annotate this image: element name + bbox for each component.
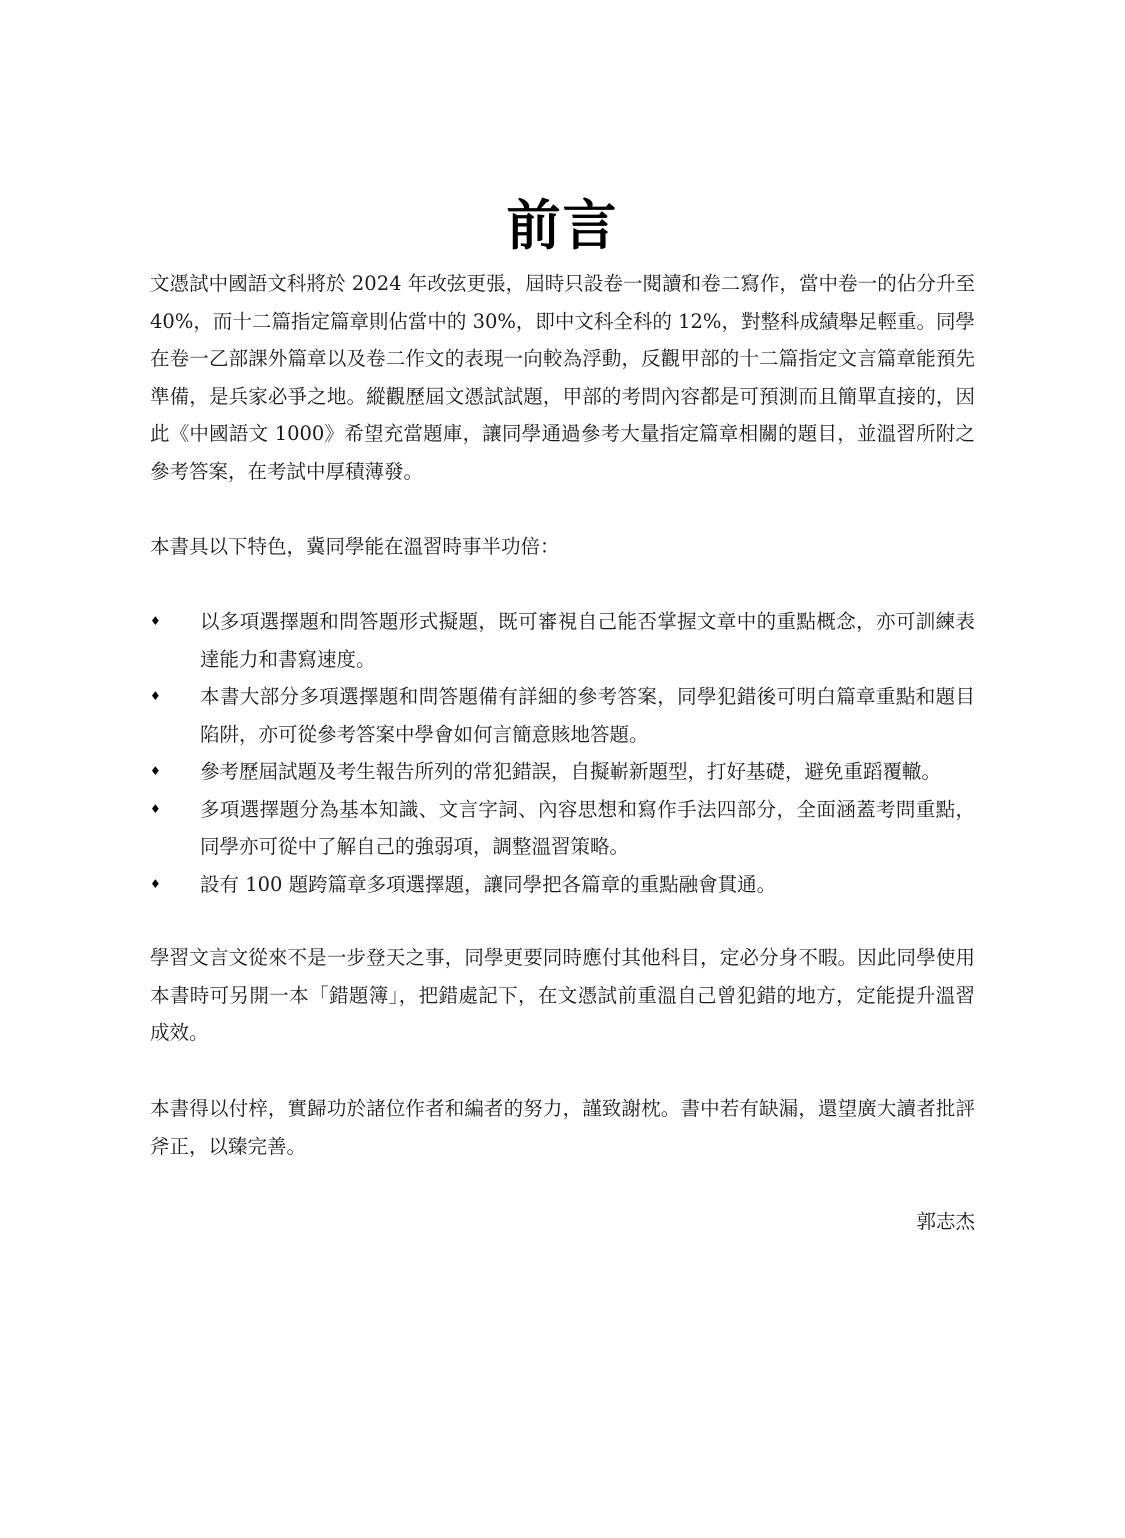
intro-paragraph: 文憑試中國語文科將於 2024 年改弦更張，屆時只設卷一閱讀和卷二寫作，當中卷一… <box>150 265 975 490</box>
features-lead-paragraph: 本書具以下特色，冀同學能在溫習時事半功倍： <box>150 528 975 566</box>
features-list: ♦ 以多項選擇題和問答題形式擬題，既可審視自己能否掌握文章中的重點概念，亦可訓練… <box>150 603 975 903</box>
list-item-text: 參考歷屆試題及考生報告所列的常犯錯誤，自擬嶄新題型，打好基礎，避免重蹈覆轍。 <box>200 760 941 783</box>
diamond-bullet-icon: ♦ <box>150 791 162 829</box>
diamond-bullet-icon: ♦ <box>150 753 162 791</box>
list-item: ♦ 以多項選擇題和問答題形式擬題，既可審視自己能否掌握文章中的重點概念，亦可訓練… <box>150 603 975 678</box>
acknowledgement-paragraph: 本書得以付梓，實歸功於諸位作者和編者的努力，謹致謝枕。書中若有缺漏，還望廣大讀者… <box>150 1090 975 1165</box>
list-item-text: 設有 100 題跨篇章多項選擇題，讓同學把各篇章的重點融會貫通。 <box>200 873 776 896</box>
author-signature: 郭志杰 <box>916 1203 975 1241</box>
diamond-bullet-icon: ♦ <box>150 678 162 716</box>
study-advice-paragraph: 學習文言文從來不是一步登天之事，同學更要同時應付其他科目，定必分身不暇。因此同學… <box>150 939 975 1052</box>
list-item: ♦ 本書大部分多項選擇題和問答題備有詳細的參考答案，同學犯錯後可明白篇章重點和題… <box>150 678 975 753</box>
diamond-bullet-icon: ♦ <box>150 866 162 904</box>
list-item-text: 本書大部分多項選擇題和問答題備有詳細的參考答案，同學犯錯後可明白篇章重點和題目陷… <box>200 685 975 746</box>
list-item-text: 多項選擇題分為基本知識、文言字詞、內容思想和寫作手法四部分，全面涵蓋考問重點，同… <box>200 798 975 859</box>
list-item: ♦ 多項選擇題分為基本知識、文言字詞、內容思想和寫作手法四部分，全面涵蓋考問重點… <box>150 791 975 866</box>
list-item: ♦ 參考歷屆試題及考生報告所列的常犯錯誤，自擬嶄新題型，打好基礎，避免重蹈覆轍。 <box>150 753 975 791</box>
list-item-text: 以多項選擇題和問答題形式擬題，既可審視自己能否掌握文章中的重點概念，亦可訓練表達… <box>200 610 975 671</box>
list-item: ♦ 設有 100 題跨篇章多項選擇題，讓同學把各篇章的重點融會貫通。 <box>150 866 975 904</box>
page-title: 前言 <box>150 188 975 264</box>
diamond-bullet-icon: ♦ <box>150 603 162 641</box>
